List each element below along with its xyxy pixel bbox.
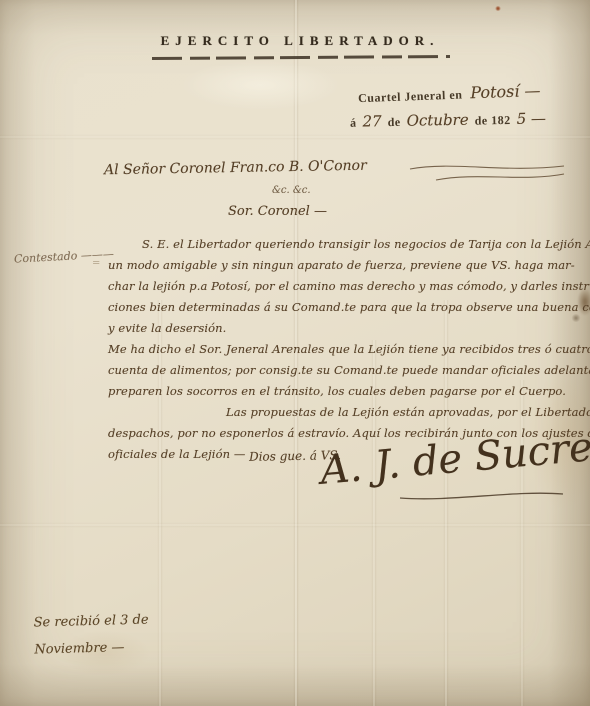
- dateline-year-digit: 5 —: [516, 109, 546, 128]
- dateline-place-name: Potosí —: [470, 81, 541, 102]
- paper-stain: [495, 6, 501, 11]
- paper-highlight: [180, 60, 340, 110]
- salutation: Sor. Coronel —: [228, 204, 327, 219]
- dateline-printed-de: de: [388, 115, 401, 129]
- manuscript-letter: EJERCITO LIBERTADOR. Cuartel Jeneral enP…: [0, 0, 590, 706]
- dateline-month: Octubre: [406, 111, 468, 130]
- signature-flourish: [398, 487, 566, 503]
- reception-note: Se recibió el 3 de Noviembre —: [33, 607, 149, 664]
- body-line: char la lejión p.a Potosí, por el camino…: [108, 276, 582, 297]
- body-line: Me ha dicho el Sor. Jeneral Arenales que…: [108, 339, 582, 360]
- recipient-flourish: [408, 160, 568, 186]
- dateline-place: Cuartel Jeneral enPotosí —: [358, 81, 541, 106]
- paragraph-2: Me ha dicho el Sor. Jeneral Arenales que…: [108, 339, 582, 402]
- reception-line: Se recibió el 3 de: [33, 607, 149, 637]
- letterhead-dashed-rule: [152, 55, 450, 60]
- fold-crease-horizontal: [0, 522, 590, 528]
- body-line: cuenta de alimentos; por consig.te su Co…: [108, 360, 582, 381]
- dateline-date: á27deOctubrede 1825 —: [350, 108, 552, 131]
- body-line: ciones bien determinadas á su Comand.te …: [108, 297, 582, 318]
- dateline-printed-at: á: [350, 116, 357, 130]
- paragraph-1: S. E. el Libertador queriendo transigir …: [108, 234, 582, 339]
- reception-line: Noviembre —: [34, 633, 150, 663]
- dateline-printed-prefix: Cuartel Jeneral en: [358, 88, 463, 106]
- dateline-day: 27: [362, 112, 381, 130]
- body-line: preparen los socorros en el tránsito, lo…: [108, 381, 582, 402]
- margin-pencil-mark: =: [92, 258, 100, 269]
- body-line: y evite la desersión.: [108, 318, 582, 339]
- letterhead-title: EJERCITO LIBERTADOR.: [145, 33, 455, 49]
- dateline-printed-year: de 182: [475, 113, 511, 128]
- body-line: un modo amigable y sin ningun aparato de…: [108, 255, 582, 276]
- fold-crease-horizontal: [0, 134, 590, 140]
- recipient-etcetera: &c. &c.: [272, 185, 311, 196]
- recipient-line: Al Señor Coronel Fran.co B. O'Conor: [104, 158, 367, 179]
- body-line: S. E. el Libertador queriendo transigir …: [108, 234, 582, 255]
- body-line: Las propuestas de la Lejión están aprova…: [108, 402, 582, 423]
